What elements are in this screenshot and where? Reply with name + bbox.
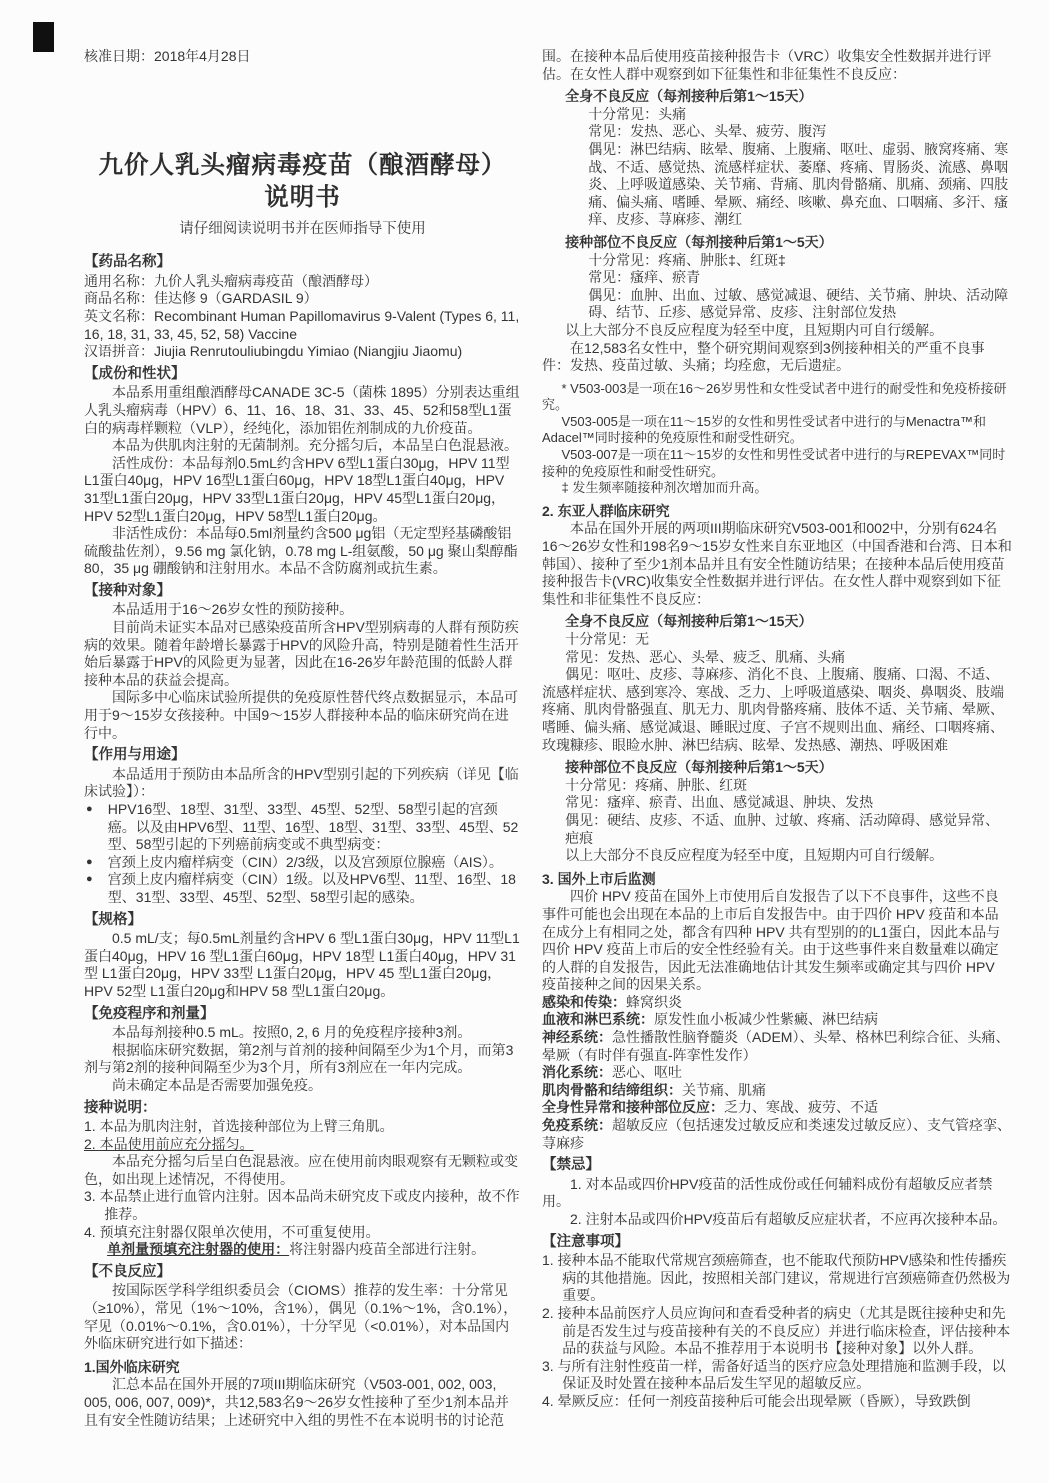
doc-title-line2: 说明书 [84, 182, 521, 214]
administration-item: 2. 本品使用前应充分摇匀。 [84, 1136, 521, 1154]
subheading-injection-site-reactions: 接种部位不良反应（每剂接种后第1～5天） [565, 759, 1012, 777]
indication-text: HPV16型、18型、31型、33型、45型、52型、58型引起的宫颈癌。以及由… [108, 801, 519, 852]
target-paragraph: 目前尚未证实本品对已感染疫苗所含HPV型别病毒的人群有预防疾病的效果。随着年龄增… [84, 619, 521, 689]
doc-title-line1: 九价人乳头瘤病毒疫苗（酿酒酵母） [84, 150, 521, 182]
scan-registration-mark [33, 22, 54, 52]
contraindication-item: 2. 注射本品或四价HPV疫苗后有超敏反应症状者，不应再次接种本品。 [542, 1211, 1012, 1229]
section-drug-name: 【药品名称】 通用名称：九价人乳头瘤病毒疫苗（酿酒酵母） 商品名称：佳达修 9（… [84, 254, 521, 361]
list-item: ●宫颈上皮内瘤样病变（CIN）2/3级，以及宫颈原位腺癌（AIS）。 [84, 854, 521, 872]
soc-label: 感染和传染： [542, 994, 626, 1010]
schedule-paragraph: 尚未确定本品是否需要加强免疫。 [84, 1077, 521, 1095]
indications-intro: 本品适用于预防由本品所含的HPV型别引起的下列疾病（详见【临床试验】）： [84, 766, 521, 801]
specification-paragraph: 0.5 mL/支；每0.5mL剂量约含HPV 6 型L1蛋白30μg，HPV 1… [84, 930, 521, 1000]
drug-trade-name: 商品名称：佳达修 9（GARDASIL 9） [84, 290, 521, 308]
administration-item-detail: 单剂量预填充注射器的使用：将注射器内疫苗全部进行注射。 [107, 1241, 521, 1259]
subheading-systemic-reactions: 全身不良反应（每剂接种后第1～15天） [565, 88, 1012, 106]
bullet-icon: ● [86, 871, 93, 889]
soc-label: 神经系统： [542, 1029, 612, 1045]
soc-category: 神经系统：急性播散性脑脊髓炎（ADEM）、头晕、格林巴利综合征、头痛、晕厥（有时… [542, 1029, 1012, 1064]
right-column: 围。在接种本品后使用疫苗接种报告卡（VRC）收集安全性数据并进行评估。在女性人群… [542, 48, 1012, 1429]
drug-english-name: 英文名称：Recombinant Human Papillomavirus 9-… [84, 308, 521, 343]
precaution-item: 4. 晕厥反应：任何一剂疫苗接种后可能会出现晕厥（昏厥），导致跌倒 [542, 1393, 1012, 1411]
contraindication-item: 1. 对本品或四价HPV疫苗的活性成份或任何辅料成份有超敏反应者禁用。 [542, 1176, 1012, 1211]
heading-foreign-clinical-studies: 1.国外临床研究 [84, 1359, 521, 1377]
soc-label: 消化系统： [542, 1064, 612, 1080]
heading-east-asia-studies: 2. 东亚人群临床研究 [542, 503, 1012, 521]
composition-paragraph: 非活性成份：本品每0.5ml剂量约含500 μg铝（无定型羟基磷酸铝硫酸盐佐剂）… [84, 525, 521, 578]
administration-item: 4. 预填充注射器仅限单次使用，不可重复使用。 [84, 1224, 521, 1242]
heading-schedule: 【免疫程序和剂量】 [84, 1006, 521, 1024]
heading-precautions: 【注意事项】 [542, 1234, 1012, 1252]
footnote: V503-007是一项在11～15岁的女性和男性受试者中进行的与REPEVAX™… [542, 447, 1012, 480]
heading-drug-name: 【药品名称】 [84, 254, 521, 272]
indication-text: 宫颈上皮内瘤样病变（CIN）1级。以及HPV6型、11型、16型、18型、31型… [108, 871, 516, 905]
frequency-entry: 十分常见：头痛 [588, 106, 1012, 124]
post-marketing-paragraph: 四价 HPV 疫苗在国外上市使用后自发报告了以下不良事件，这些不良事件可能也会出… [542, 888, 1012, 994]
list-item: ●宫颈上皮内瘤样病变（CIN）1级。以及HPV6型、11型、16型、18型、31… [84, 871, 521, 906]
schedule-paragraph: 根据临床研究数据，第2剂与首剂的接种间隔至少为1个月，而第3剂与第2剂的接种间隔… [84, 1042, 521, 1077]
precaution-item: 1. 接种本品不能取代常规宫颈癌筛查，也不能取代预防HPV感染和性传播疾病的其他… [542, 1252, 1012, 1305]
subheading-systemic-reactions: 全身不良反应（每剂接种后第1～15天） [565, 613, 1012, 631]
section-administration-notes: 接种说明： 1. 本品为肌肉注射，首选接种部位为上臂三角肌。 2. 本品使用前应… [84, 1100, 521, 1259]
drug-generic-name: 通用名称：九价人乳头瘤病毒疫苗（酿酒酵母） [84, 273, 521, 291]
section-schedule: 【免疫程序和剂量】 本品每剂接种0.5 mL。按照0, 2, 6 月的免疫程序接… [84, 1006, 521, 1095]
soc-category: 全身性异常和接种部位反应：乏力、寒战、疲劳、不适 [542, 1099, 1012, 1117]
doc-subtitle: 请仔细阅读说明书并在医师指导下使用 [84, 221, 521, 239]
indication-text: 宫颈上皮内瘤样病变（CIN）2/3级，以及宫颈原位腺癌（AIS）。 [108, 854, 503, 870]
section-east-asia-studies: 2. 东亚人群临床研究 本品在国外开展的两项III期临床研究V503-001和0… [542, 503, 1012, 865]
frequency-entry: 十分常见：无 [565, 631, 1012, 649]
heading-administration-notes: 接种说明： [84, 1100, 521, 1118]
section-precautions: 【注意事项】 1. 接种本品不能取代常规宫颈癌筛查，也不能取代预防HPV感染和性… [542, 1234, 1012, 1411]
footnote: ‡ 发生频率随接种剂次增加而升高。 [542, 480, 1012, 497]
soc-items: 乏力、寒战、疲劳、不适 [724, 1099, 878, 1115]
adverse-intro: 按国际医学科学组织委员会（CIOMS）推荐的发生率：十分常见（≥10%），常见（… [84, 1282, 521, 1352]
precaution-item: 2. 接种本品前医疗人员应询问和查看受种者的病史（尤其是既往接种史和先前是否发生… [542, 1305, 1012, 1358]
administration-item-detail: 本品充分摇匀后呈白色混悬液。应在使用前肉眼观察有无颗粒或变色，如出现上述情况，不… [84, 1153, 521, 1188]
bullet-icon: ● [86, 854, 93, 872]
soc-items: 关节痛、肌痛 [682, 1082, 766, 1098]
heading-post-marketing: 3. 国外上市后监测 [542, 871, 1012, 889]
heading-specification: 【规格】 [84, 912, 521, 930]
section-specification: 【规格】 0.5 mL/支；每0.5mL剂量约含HPV 6 型L1蛋白30μg，… [84, 912, 521, 1001]
administration-item: 3. 本品禁止进行血管内注射。因本品尚未研究皮下或皮内接种，故不作推荐。 [84, 1188, 521, 1223]
soc-items: 急性播散性脑脊髓炎（ADEM）、头晕、格林巴利综合征、头痛、晕厥（有时伴有强直-… [542, 1029, 1009, 1063]
title-block: 九价人乳头瘤病毒疫苗（酿酒酵母） 说明书 请仔细阅读说明书并在医师指导下使用 [84, 150, 521, 239]
soc-category: 血液和淋巴系统：原发性血小板减少性紫癜、淋巴结病 [542, 1011, 1012, 1029]
left-column: 核准日期：2018年4月28日 九价人乳头瘤病毒疫苗（酿酒酵母） 说明书 请仔细… [84, 48, 521, 1429]
schedule-paragraph: 本品每剂接种0.5 mL。按照0, 2, 6 月的免疫程序接种3剂。 [84, 1024, 521, 1042]
frequency-entry: 常见：发热、恶心、头晕、疲劳、腹泻 [588, 123, 1012, 141]
document-content: 核准日期：2018年4月28日 九价人乳头瘤病毒疫苗（酿酒酵母） 说明书 请仔细… [84, 48, 1012, 1429]
severity-note: 以上大部分不良反应程度为轻至中度，且短期内可自行缓解。 [542, 322, 1012, 340]
soc-label: 全身性异常和接种部位反应： [542, 1099, 724, 1115]
frequency-entry: 常见：瘙痒、瘀青、出血、感觉减退、肿块、发热 [565, 794, 1012, 812]
composition-paragraph: 本品系用重组酿酒酵母CANADE 3C-5（菌株 1895）分别表达重组人乳头瘤… [84, 384, 521, 437]
severity-note: 以上大部分不良反应程度为轻至中度，且短期内可自行缓解。 [565, 847, 1012, 865]
soc-items: 超敏反应（包括速发过敏反应和类速发过敏反应）、支气管痉挛、荨麻疹 [542, 1117, 1011, 1151]
frequency-entry: 常见：瘙痒、瘀青 [588, 269, 1012, 287]
soc-label: 免疫系统： [542, 1117, 612, 1133]
heading-adverse-reactions: 【不良反应】 [84, 1264, 521, 1282]
frequency-entry: 偶见：呕吐、皮疹、荨麻疹、消化不良、上腹痛、腹痛、口渴、不适、流感样症状、感到寒… [542, 666, 1012, 754]
frequency-entry: 十分常见：疼痛、肿胀、红斑 [565, 777, 1012, 795]
foreign-studies-paragraph: 汇总本品在国外开展的7项III期临床研究（V503-001, 002, 003,… [84, 1376, 521, 1429]
heading-composition: 【成份和性状】 [84, 366, 521, 384]
soc-category: 免疫系统：超敏反应（包括速发过敏反应和类速发过敏反应）、支气管痉挛、荨麻疹 [542, 1117, 1012, 1152]
heading-contraindications: 【禁忌】 [542, 1157, 1012, 1175]
section-post-marketing: 3. 国外上市后监测 四价 HPV 疫苗在国外上市使用后自发报告了以下不良事件，… [542, 871, 1012, 1153]
footnotes: * V503-003是一项在16～26岁男性和女性受试者中进行的耐受性和免疫桥接… [542, 381, 1012, 497]
section-contraindications: 【禁忌】 1. 对本品或四价HPV疫苗的活性成份或任何辅料成份有超敏反应者禁用。… [542, 1157, 1012, 1228]
soc-items: 恶心、呕吐 [612, 1064, 682, 1080]
underlined-label: 单剂量预填充注射器的使用： [107, 1241, 289, 1257]
serious-events-paragraph: 在12,583名女性中，整个研究期间观察到3例接种相关的严重不良事件：发热、疫苗… [542, 340, 1012, 375]
continuation-paragraph: 围。在接种本品后使用疫苗接种报告卡（VRC）收集安全性数据并进行评估。在女性人群… [542, 48, 1012, 83]
composition-paragraph: 活性成份：本品每剂0.5mL约含HPV 6型L1蛋白30μg，HPV 11型L1… [84, 455, 521, 525]
underlined-text: 2. 本品使用前应充分摇匀。 [84, 1136, 254, 1152]
drug-pinyin-name: 汉语拼音：Jiujia Renrutouliubingdu Yimiao (Ni… [84, 343, 521, 361]
administration-item: 1. 本品为肌肉注射，首选接种部位为上臂三角肌。 [84, 1118, 521, 1136]
soc-category: 消化系统：恶心、呕吐 [542, 1064, 1012, 1082]
soc-category: 感染和传染：蜂窝织炎 [542, 994, 1012, 1012]
soc-label: 肌肉骨骼和结缔组织： [542, 1082, 682, 1098]
precaution-item: 3. 与所有注射性疫苗一样，需备好适当的医疗应急处理措施和监测手段，以保证及时处… [542, 1358, 1012, 1393]
frequency-entry: 十分常见：疼痛、肿胀‡、红斑‡ [588, 252, 1012, 270]
bullet-icon: ● [86, 801, 93, 819]
soc-label: 血液和淋巴系统： [542, 1011, 654, 1027]
section-target-population: 【接种对象】 本品适用于16～26岁女性的预防接种。 目前尚未证实本品对已感染疫… [84, 583, 521, 742]
heading-indications: 【作用与用途】 [84, 747, 521, 765]
section-indications: 【作用与用途】 本品适用于预防由本品所含的HPV型别引起的下列疾病（详见【临床试… [84, 747, 521, 906]
subheading-injection-site-reactions: 接种部位不良反应（每剂接种后第1～5天） [565, 234, 1012, 252]
list-item: ●HPV16型、18型、31型、33型、45型、52型、58型引起的宫颈癌。以及… [84, 801, 521, 854]
target-paragraph: 本品适用于16～26岁女性的预防接种。 [84, 601, 521, 619]
frequency-entry: 偶见：血肿、出血、过敏、感觉减退、硬结、关节痛、肿块、活动障碍、结节、丘疹、感觉… [588, 287, 1012, 322]
soc-category: 肌肉骨骼和结缔组织：关节痛、肌痛 [542, 1082, 1012, 1100]
heading-target-population: 【接种对象】 [84, 583, 521, 601]
east-asia-paragraph: 本品在国外开展的两项III期临床研究V503-001和002中，分别有624名1… [542, 520, 1012, 608]
detail-text: 将注射器内疫苗全部进行注射。 [289, 1241, 485, 1257]
frequency-entry: 偶见：硬结、皮疹、不适、血肿、过敏、疼痛、活动障碍、感觉异常、疤痕 [565, 812, 1012, 847]
composition-paragraph: 本品为供肌肉注射的无菌制剂。充分摇匀后，本品呈白色混悬液。 [84, 437, 521, 455]
soc-items: 原发性血小板减少性紫癜、淋巴结病 [654, 1011, 878, 1027]
section-adverse-reactions: 【不良反应】 按国际医学科学组织委员会（CIOMS）推荐的发生率：十分常见（≥1… [84, 1264, 521, 1429]
frequency-entry: 常见：发热、恶心、头晕、疲乏、肌痛、头痛 [565, 649, 1012, 667]
footnote: * V503-003是一项在16～26岁男性和女性受试者中进行的耐受性和免疫桥接… [542, 381, 1012, 414]
target-paragraph: 国际多中心临床试验所提供的免疫原性替代终点数据显示，本品可用于9～15岁女孩接种… [84, 689, 521, 742]
footnote: V503-005是一项在11～15岁的女性和男性受试者中进行的与Menactra… [542, 414, 1012, 447]
section-composition: 【成份和性状】 本品系用重组酿酒酵母CANADE 3C-5（菌株 1895）分别… [84, 366, 521, 578]
frequency-entry: 偶见：淋巴结病、眩晕、腹痛、上腹痛、呕吐、虚弱、腋窝疼痛、寒战、不适、感觉热、流… [588, 141, 1012, 229]
approval-date: 核准日期：2018年4月28日 [84, 48, 521, 66]
soc-items: 蜂窝织炎 [626, 994, 682, 1010]
package-insert-page: 核准日期：2018年4月28日 九价人乳头瘤病毒疫苗（酿酒酵母） 说明书 请仔细… [0, 0, 1049, 1483]
